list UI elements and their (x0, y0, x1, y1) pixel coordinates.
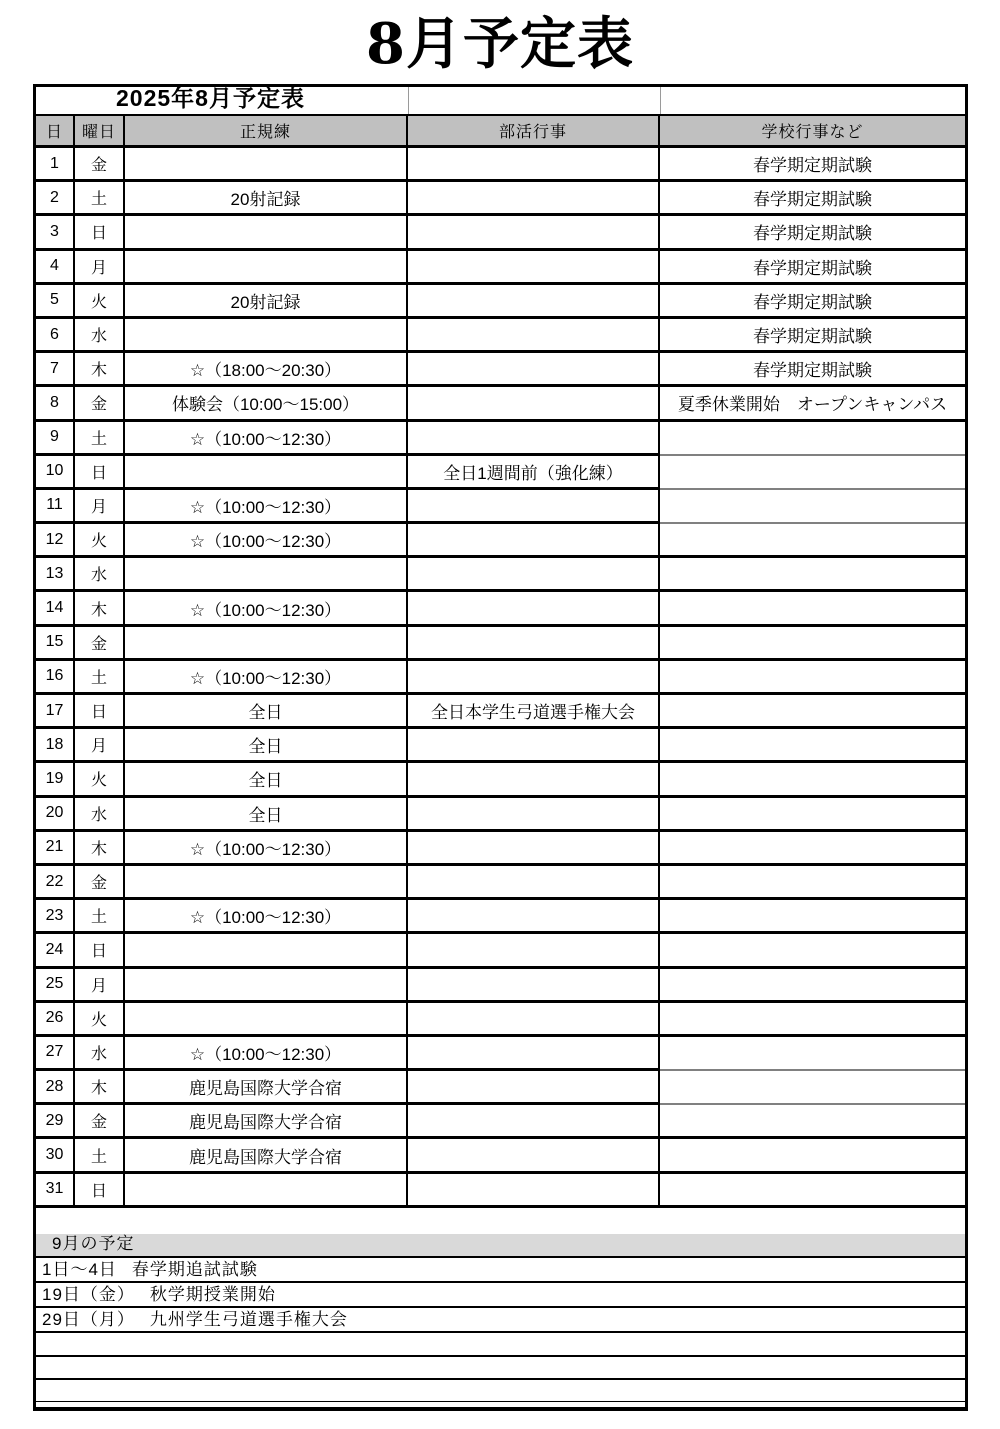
table-row: 24 日 (36, 934, 965, 968)
practice-cell: ☆（10:00～12:30） (125, 524, 408, 558)
day-cell: 27 (36, 1037, 75, 1071)
weekday-cell: 月 (75, 969, 125, 1003)
practice-cell: 20射記録 (125, 182, 408, 216)
weekday-cell: 土 (75, 661, 125, 695)
school-cell: 春学期定期試験 (660, 216, 965, 250)
club-cell: 全日本学生弓道選手権大会 (408, 695, 660, 729)
table-row: 19 火 全日 (36, 763, 965, 797)
club-cell (408, 798, 660, 832)
practice-cell (125, 148, 408, 182)
empty-row (36, 1357, 965, 1380)
table-row: 16 土 ☆（10:00～12:30） (36, 661, 965, 695)
club-cell (408, 422, 660, 456)
weekday-cell: 日 (75, 695, 125, 729)
table-header-row: 日 曜日 正規練 部活行事 学校行事など (36, 116, 965, 148)
table-row: 30 土 鹿児島国際大学合宿 (36, 1139, 965, 1173)
club-cell: 全日1週間前（強化練） (408, 456, 660, 490)
practice-cell: ☆（10:00～12:30） (125, 490, 408, 524)
club-cell (408, 524, 660, 558)
weekday-cell: 土 (75, 422, 125, 456)
school-cell (660, 729, 965, 763)
school-cell (660, 1037, 965, 1071)
weekday-cell: 土 (75, 900, 125, 934)
school-cell: 春学期定期試験 (660, 182, 965, 216)
club-cell (408, 866, 660, 900)
table-row: 2 土 20射記録 春学期定期試験 (36, 182, 965, 216)
school-cell: 夏季休業開始 オープンキャンパス (660, 387, 965, 421)
club-cell (408, 182, 660, 216)
school-cell (660, 1105, 965, 1139)
club-cell (408, 900, 660, 934)
school-cell: 春学期定期試験 (660, 251, 965, 285)
day-cell: 23 (36, 900, 75, 934)
weekday-cell: 月 (75, 251, 125, 285)
day-cell: 4 (36, 251, 75, 285)
school-cell (660, 422, 965, 456)
day-cell: 31 (36, 1174, 75, 1208)
school-cell (660, 661, 965, 695)
table-row: 14 木 ☆（10:00～12:30） (36, 592, 965, 626)
table-row: 15 金 (36, 627, 965, 661)
weekday-cell: 金 (75, 627, 125, 661)
table-row: 7 木 ☆（18:00～20:30） 春学期定期試験 (36, 353, 965, 387)
practice-cell: 全日 (125, 798, 408, 832)
club-cell (408, 1139, 660, 1173)
weekday-cell: 日 (75, 1174, 125, 1208)
day-cell: 9 (36, 422, 75, 456)
table-row: 3 日 春学期定期試験 (36, 216, 965, 250)
table-row: 13 水 (36, 558, 965, 592)
day-cell: 26 (36, 1003, 75, 1037)
club-cell (408, 558, 660, 592)
september-item-date: 29日（月） (42, 1311, 135, 1331)
page-title: 8月予定表 (0, 0, 1000, 80)
club-cell (408, 251, 660, 285)
day-cell: 29 (36, 1105, 75, 1139)
table-row: 20 水 全日 (36, 798, 965, 832)
club-cell (408, 763, 660, 797)
practice-cell: 20射記録 (125, 285, 408, 319)
weekday-cell: 火 (75, 524, 125, 558)
club-cell (408, 353, 660, 387)
school-cell: 春学期定期試験 (660, 319, 965, 353)
sheet-title-row: 2025年8月予定表 (36, 87, 965, 116)
practice-cell: 鹿児島国際大学合宿 (125, 1071, 408, 1105)
column-divider (408, 87, 409, 114)
club-cell (408, 661, 660, 695)
school-cell (660, 524, 965, 558)
school-cell (660, 969, 965, 1003)
table-row: 6 水 春学期定期試験 (36, 319, 965, 353)
practice-cell (125, 1174, 408, 1208)
practice-cell: ☆（10:00～12:30） (125, 422, 408, 456)
table-row: 12 火 ☆（10:00～12:30） (36, 524, 965, 558)
table-row: 31 日 (36, 1174, 965, 1208)
day-cell: 8 (36, 387, 75, 421)
school-cell: 春学期定期試験 (660, 148, 965, 182)
weekday-cell: 火 (75, 285, 125, 319)
school-cell (660, 832, 965, 866)
school-cell (660, 695, 965, 729)
table-row: 27 水 ☆（10:00～12:30） (36, 1037, 965, 1071)
september-title: 9月の予定 (52, 1235, 134, 1256)
day-cell: 22 (36, 866, 75, 900)
table-row: 9 土 ☆（10:00～12:30） (36, 422, 965, 456)
weekday-cell: 月 (75, 729, 125, 763)
practice-cell (125, 216, 408, 250)
club-cell (408, 319, 660, 353)
table-row: 26 火 (36, 1003, 965, 1037)
school-cell: 春学期定期試験 (660, 353, 965, 387)
day-cell: 13 (36, 558, 75, 592)
day-cell: 17 (36, 695, 75, 729)
day-cell: 2 (36, 182, 75, 216)
practice-cell: 鹿児島国際大学合宿 (125, 1105, 408, 1139)
club-cell (408, 627, 660, 661)
day-cell: 11 (36, 490, 75, 524)
september-header-band: 9月の予定 (36, 1234, 965, 1258)
day-cell: 16 (36, 661, 75, 695)
school-cell (660, 866, 965, 900)
weekday-cell: 水 (75, 558, 125, 592)
september-item: 1日～4日 春学期追試試験 (36, 1258, 965, 1283)
weekday-cell: 水 (75, 1037, 125, 1071)
practice-cell (125, 969, 408, 1003)
table-row: 18 月 全日 (36, 729, 965, 763)
practice-cell: ☆（10:00～12:30） (125, 832, 408, 866)
table-row: 22 金 (36, 866, 965, 900)
practice-cell: ☆（10:00～12:30） (125, 592, 408, 626)
practice-cell (125, 627, 408, 661)
weekday-cell: 水 (75, 798, 125, 832)
september-list: 1日～4日 春学期追試試験 19日（金） 秋学期授業開始 29日（月） 九州学生… (36, 1258, 965, 1333)
practice-cell (125, 558, 408, 592)
sheet-title: 2025年8月予定表 (116, 80, 305, 113)
club-cell (408, 969, 660, 1003)
practice-cell (125, 1003, 408, 1037)
practice-cell: ☆（10:00～12:30） (125, 661, 408, 695)
day-cell: 12 (36, 524, 75, 558)
school-cell (660, 1071, 965, 1105)
weekday-cell: 土 (75, 1139, 125, 1173)
school-cell: 春学期定期試験 (660, 285, 965, 319)
day-cell: 14 (36, 592, 75, 626)
practice-cell (125, 251, 408, 285)
september-item-label: 九州学生弓道選手権大会 (150, 1311, 348, 1331)
september-item: 29日（月） 九州学生弓道選手権大会 (36, 1308, 965, 1333)
day-cell: 19 (36, 763, 75, 797)
school-cell (660, 456, 965, 490)
table-row: 17 日 全日 全日本学生弓道選手権大会 (36, 695, 965, 729)
day-cell: 10 (36, 456, 75, 490)
club-cell (408, 1003, 660, 1037)
practice-cell: ☆（10:00～12:30） (125, 900, 408, 934)
practice-cell (125, 934, 408, 968)
weekday-cell: 火 (75, 763, 125, 797)
table-row: 21 木 ☆（10:00～12:30） (36, 832, 965, 866)
school-cell (660, 490, 965, 524)
club-cell (408, 592, 660, 626)
day-cell: 28 (36, 1071, 75, 1105)
practice-cell: 全日 (125, 695, 408, 729)
table-row: 5 火 20射記録 春学期定期試験 (36, 285, 965, 319)
day-cell: 21 (36, 832, 75, 866)
empty-row (36, 1380, 965, 1402)
header-school: 学校行事など (660, 116, 965, 145)
practice-cell: 体験会（10:00～15:00） (125, 387, 408, 421)
club-cell (408, 216, 660, 250)
weekday-cell: 土 (75, 182, 125, 216)
day-cell: 5 (36, 285, 75, 319)
table-row: 23 土 ☆（10:00～12:30） (36, 900, 965, 934)
table-row: 25 月 (36, 969, 965, 1003)
weekday-cell: 日 (75, 216, 125, 250)
table-row: 29 金 鹿児島国際大学合宿 (36, 1105, 965, 1139)
weekday-cell: 日 (75, 934, 125, 968)
day-cell: 15 (36, 627, 75, 661)
table-row: 4 月 春学期定期試験 (36, 251, 965, 285)
school-cell (660, 934, 965, 968)
weekday-cell: 月 (75, 490, 125, 524)
school-cell (660, 558, 965, 592)
practice-cell (125, 456, 408, 490)
day-cell: 18 (36, 729, 75, 763)
school-cell (660, 1003, 965, 1037)
day-cell: 24 (36, 934, 75, 968)
column-divider (660, 87, 661, 114)
school-cell (660, 1174, 965, 1208)
table-row: 28 木 鹿児島国際大学合宿 (36, 1071, 965, 1105)
september-item-date: 19日（金） (42, 1286, 135, 1306)
practice-cell: ☆（18:00～20:30） (125, 353, 408, 387)
club-cell (408, 934, 660, 968)
header-club: 部活行事 (408, 116, 660, 145)
weekday-cell: 金 (75, 387, 125, 421)
weekday-cell: 火 (75, 1003, 125, 1037)
club-cell (408, 148, 660, 182)
table-row: 10 日 全日1週間前（強化練） (36, 456, 965, 490)
day-cell: 3 (36, 216, 75, 250)
section-spacer (36, 1208, 965, 1234)
school-cell (660, 592, 965, 626)
practice-cell: 全日 (125, 729, 408, 763)
club-cell (408, 729, 660, 763)
table-row: 11 月 ☆（10:00～12:30） (36, 490, 965, 524)
september-item-label: 秋学期授業開始 (150, 1286, 276, 1306)
practice-cell: 全日 (125, 763, 408, 797)
school-cell (660, 1139, 965, 1173)
practice-cell (125, 866, 408, 900)
weekday-cell: 木 (75, 832, 125, 866)
empty-row (36, 1333, 965, 1357)
september-item-date: 1日～4日 (42, 1261, 117, 1281)
table-body: 1 金 春学期定期試験 2 土 20射記録 春学期定期試験 3 日 春学期定期試… (36, 148, 965, 1208)
september-item: 19日（金） 秋学期授業開始 (36, 1283, 965, 1308)
table-row: 1 金 春学期定期試験 (36, 148, 965, 182)
club-cell (408, 490, 660, 524)
weekday-cell: 木 (75, 1071, 125, 1105)
day-cell: 25 (36, 969, 75, 1003)
school-cell (660, 900, 965, 934)
weekday-cell: 金 (75, 148, 125, 182)
practice-cell (125, 319, 408, 353)
day-cell: 1 (36, 148, 75, 182)
day-cell: 6 (36, 319, 75, 353)
weekday-cell: 水 (75, 319, 125, 353)
day-cell: 7 (36, 353, 75, 387)
club-cell (408, 387, 660, 421)
club-cell (408, 832, 660, 866)
practice-cell: 鹿児島国際大学合宿 (125, 1139, 408, 1173)
empty-row (36, 1402, 965, 1408)
practice-cell: ☆（10:00～12:30） (125, 1037, 408, 1071)
school-cell (660, 627, 965, 661)
weekday-cell: 金 (75, 866, 125, 900)
club-cell (408, 1174, 660, 1208)
school-cell (660, 763, 965, 797)
club-cell (408, 1037, 660, 1071)
weekday-cell: 木 (75, 353, 125, 387)
table-row: 8 金 体験会（10:00～15:00） 夏季休業開始 オープンキャンパス (36, 387, 965, 421)
club-cell (408, 1071, 660, 1105)
header-practice: 正規練 (125, 116, 408, 145)
weekday-cell: 金 (75, 1105, 125, 1139)
day-cell: 20 (36, 798, 75, 832)
school-cell (660, 798, 965, 832)
weekday-cell: 木 (75, 592, 125, 626)
club-cell (408, 285, 660, 319)
day-cell: 30 (36, 1139, 75, 1173)
header-day: 日 (36, 116, 75, 145)
weekday-cell: 日 (75, 456, 125, 490)
club-cell (408, 1105, 660, 1139)
september-item-label: 春学期追試試験 (132, 1261, 258, 1281)
schedule-table: 2025年8月予定表 日 曜日 正規練 部活行事 学校行事など 1 金 春学期定… (33, 84, 968, 1411)
header-weekday: 曜日 (75, 116, 125, 145)
